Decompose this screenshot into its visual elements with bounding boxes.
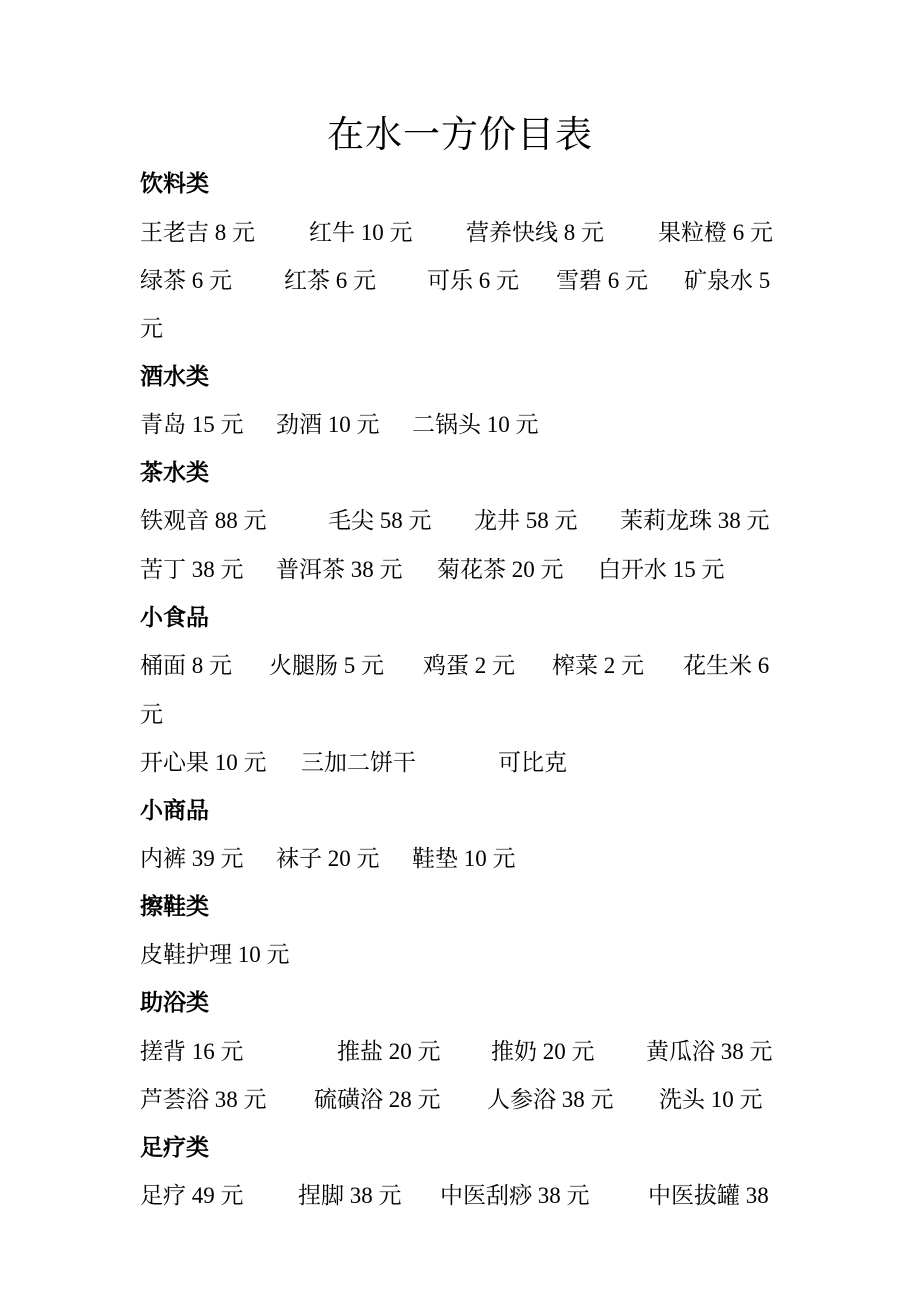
- price-item: 果粒橙 6 元: [658, 218, 773, 248]
- price-item: 鸡蛋 2 元: [423, 651, 515, 681]
- price-item: 芦荟浴 38 元: [140, 1085, 267, 1115]
- price-item: 推奶 20 元: [491, 1037, 595, 1067]
- section-heading-drinks: 饮料类: [140, 169, 209, 199]
- price-item: 青岛 15 元: [140, 410, 244, 440]
- price-item: 桶面 8 元: [140, 651, 232, 681]
- price-item: 毛尖 58 元: [328, 506, 432, 536]
- price-item: 劲酒 10 元: [276, 410, 380, 440]
- price-item: 推盐 20 元: [337, 1037, 441, 1067]
- page-title: 在水一方价目表: [0, 112, 920, 160]
- section-heading-shoe-shine: 擦鞋类: [140, 892, 209, 922]
- price-item: 二锅头 10 元: [412, 410, 539, 440]
- price-item: 普洱茶 38 元: [276, 555, 403, 585]
- price-item: 黄瓜浴 38 元: [646, 1037, 773, 1067]
- document-page: 在水一方价目表 饮料类 王老吉 8 元 红牛 10 元 营养快线 8 元 果粒橙…: [0, 0, 920, 1302]
- section-heading-liquor: 酒水类: [140, 362, 209, 392]
- price-item: 红茶 6 元: [284, 266, 376, 296]
- price-item: 花生米 6: [683, 651, 769, 681]
- price-item: 皮鞋护理 10 元: [140, 940, 290, 970]
- price-item: 矿泉水 5: [684, 266, 770, 296]
- section-heading-snacks: 小食品: [140, 603, 209, 633]
- price-item: 足疗 49 元: [140, 1181, 244, 1211]
- price-item: 红牛 10 元: [309, 218, 413, 248]
- price-item: 开心果 10 元: [140, 748, 267, 778]
- price-item: 铁观音 88 元: [140, 506, 267, 536]
- price-item: 硫磺浴 28 元: [314, 1085, 441, 1115]
- price-item: 雪碧 6 元: [556, 266, 648, 296]
- price-item: 火腿肠 5 元: [269, 651, 384, 681]
- price-item: 茉莉龙珠 38 元: [620, 506, 770, 536]
- price-item: 洗头 10 元: [659, 1085, 763, 1115]
- price-item: 营养快线 8 元: [466, 218, 604, 248]
- section-heading-tea: 茶水类: [140, 458, 209, 488]
- price-item: 鞋垫 10 元: [412, 844, 516, 874]
- price-item: 中医刮痧 38 元: [440, 1181, 590, 1211]
- price-item: 榨菜 2 元: [552, 651, 644, 681]
- price-item: 可乐 6 元: [427, 266, 519, 296]
- price-item: 袜子 20 元: [276, 844, 380, 874]
- price-item: 人参浴 38 元: [487, 1085, 614, 1115]
- price-item: 三加二饼干: [301, 748, 416, 778]
- section-heading-bath-services: 助浴类: [140, 988, 209, 1018]
- section-heading-foot-therapy: 足疗类: [140, 1133, 209, 1163]
- price-item: 王老吉 8 元: [140, 218, 255, 248]
- price-item: 可比克: [498, 748, 567, 778]
- section-heading-small-goods: 小商品: [140, 796, 209, 826]
- price-item: 元: [140, 700, 163, 730]
- price-item: 搓背 16 元: [140, 1037, 244, 1067]
- price-item: 苦丁 38 元: [140, 555, 244, 585]
- price-item: 白开水 15 元: [598, 555, 725, 585]
- price-item: 元: [140, 314, 163, 344]
- price-item: 内裤 39 元: [140, 844, 244, 874]
- price-item: 绿茶 6 元: [140, 266, 232, 296]
- price-item: 龙井 58 元: [474, 506, 578, 536]
- price-item: 中医拔罐 38: [648, 1181, 769, 1211]
- price-item: 捏脚 38 元: [298, 1181, 402, 1211]
- price-item: 菊花茶 20 元: [437, 555, 564, 585]
